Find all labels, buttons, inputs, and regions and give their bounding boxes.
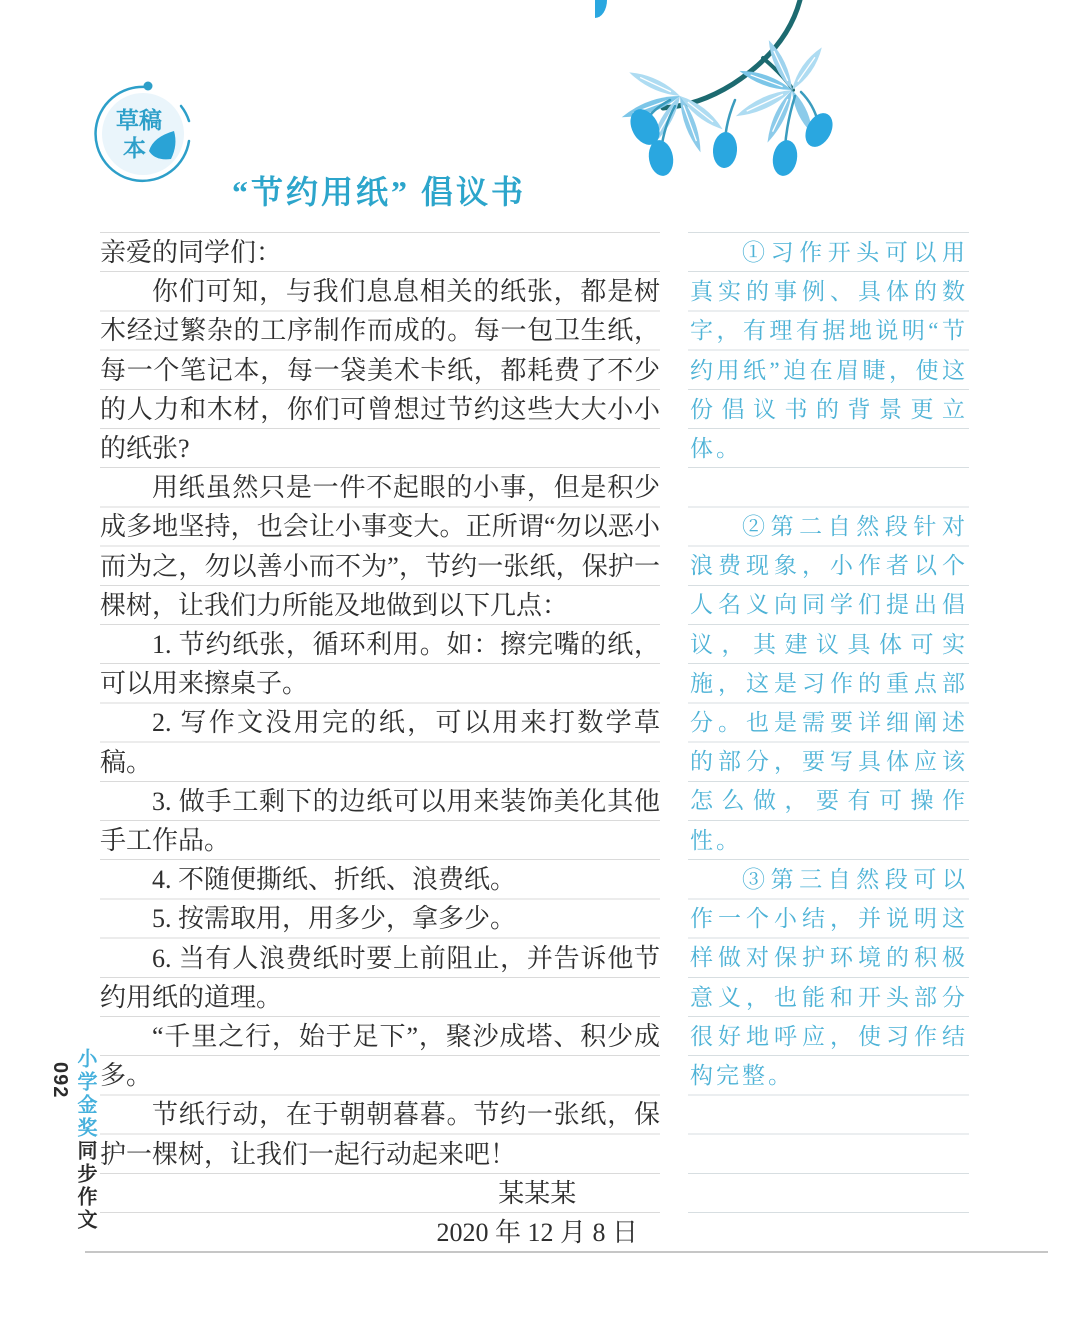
essay-paragraph: 你们可知，与我们息息相关的纸张，都是树木经过繁杂的工序制作而成的。每一包卫生纸，…	[100, 272, 660, 468]
essay-list-item: 5. 按需取用，用多少，拿多少。	[100, 899, 660, 938]
series-title-rest: 同步作文	[74, 1140, 96, 1232]
page-title: “节约用纸” 倡议书	[232, 167, 526, 213]
essay-list-item: 6. 当有人浪费纸时要上前阻止，并告诉他节约用纸的道理。	[100, 939, 660, 1017]
badge-label-top: 草稿	[116, 107, 162, 133]
essay-salutation: 亲爱的同学们：	[100, 233, 660, 272]
annotation-1: ①习作开头可以用真实的事例、具体的数字，有理有据地说明“节约用纸”迫在眉睫，使这…	[690, 233, 968, 468]
essay-body: 亲爱的同学们： 你们可知，与我们息息相关的纸张，都是树木经过繁杂的工序制作而成的…	[100, 233, 660, 1252]
series-title-highlight: 小学金奖	[74, 1048, 96, 1140]
workbook-page: 草稿 本	[0, 0, 1080, 1342]
signature-name: 某某某	[436, 1174, 638, 1213]
annotation-3: ③第三自然段可以作一个小结，并说明这样做对保护环境的积极意义，也能和开头部分很好…	[690, 860, 968, 1095]
essay-list-item: 3. 做手工剩下的边纸可以用来装饰美化其他手工作品。	[100, 782, 660, 860]
annotation-2: ②第二自然段针对浪费现象，小作者以个人名义向同学们提出倡议，其建议具体可实施，这…	[690, 507, 968, 860]
essay-list-item: 1. 节约纸张，循环利用。如：擦完嘴的纸，可以用来擦桌子。	[100, 625, 660, 703]
flower-decoration-icon	[595, 0, 875, 185]
page-number: 092	[49, 1062, 71, 1098]
essay-paragraph: “千里之行，始于足下”，聚沙成塔、积少成多。	[100, 1017, 660, 1095]
book-spine-text: 小学金奖同步作文092	[48, 1048, 100, 1278]
essay-paragraph: 节纸行动，在于朝朝暮暮。节约一张纸，保护一棵树，让我们一起行动起来吧！	[100, 1095, 660, 1173]
draft-book-badge-icon: 草稿 本	[86, 76, 198, 188]
page-bottom-rule	[85, 1251, 1048, 1253]
essay-list-item: 2. 写作文没用完的纸，可以用来打数学草稿。	[100, 703, 660, 781]
essay-list-item: 4. 不随便撕纸、折纸、浪费纸。	[100, 860, 660, 899]
badge-label-bottom: 本	[123, 136, 146, 161]
essay-paragraph: 用纸虽然只是一件不起眼的小事，但是积少成多地坚持，也会让小事变大。正所谓“勿以恶…	[100, 468, 660, 625]
signature-block: 某某某 2020 年 12 月 8 日	[436, 1174, 638, 1252]
signature-date: 2020 年 12 月 8 日	[436, 1213, 638, 1252]
